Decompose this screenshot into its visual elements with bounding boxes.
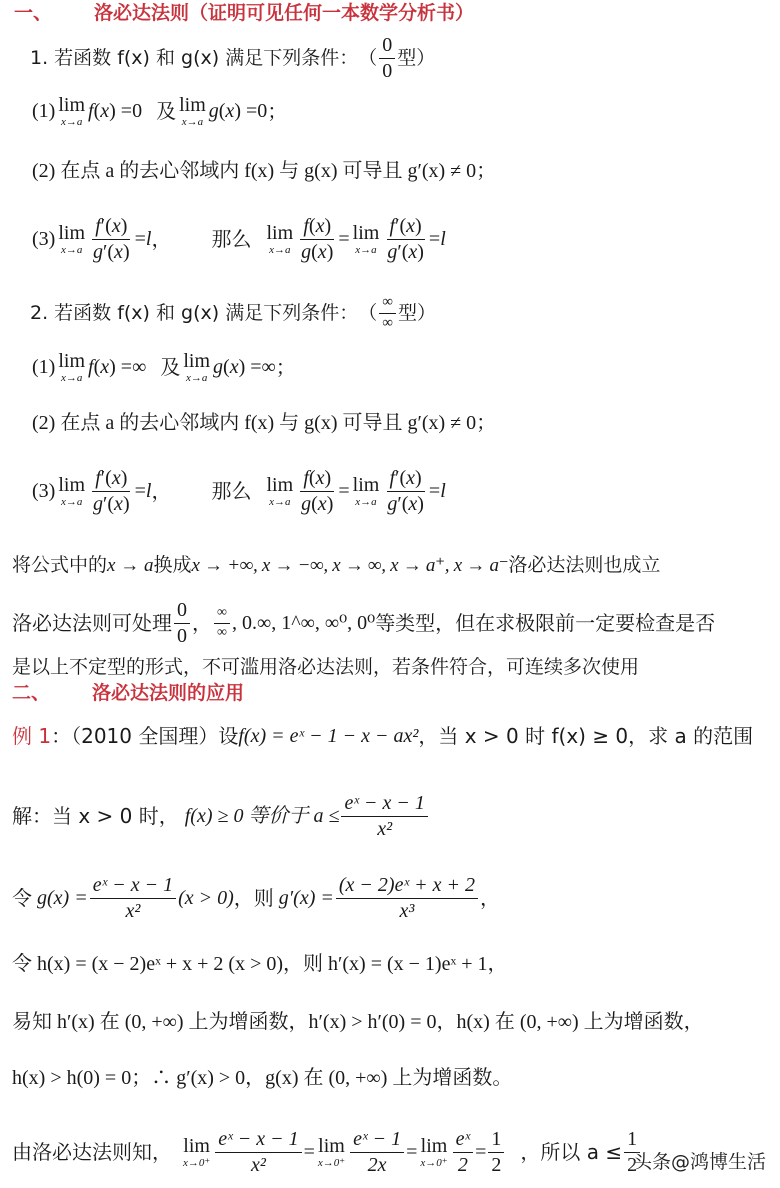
indeterminate-types: , 0.∞, 1^∞, ∞⁰, 0⁰: [232, 613, 375, 633]
limit: limx→a: [353, 475, 380, 508]
section-number: 一、: [14, 4, 52, 23]
type-suffix: 型）: [398, 304, 436, 323]
derivative-ratio: f′(x)g′(x): [384, 468, 427, 515]
condition-label: (3): [32, 229, 55, 249]
limit-subscript: x→0⁺: [420, 1158, 447, 1169]
case-intro-text: 2. 若函数 f(x) 和 g(x) 满足下列条件：: [30, 304, 358, 323]
numerator: eˣ − x − 1: [215, 1129, 301, 1153]
notes-line-1: 将公式中的 x → a 换成 x → +∞, x → −∞, x → ∞, x …: [12, 552, 660, 578]
numerator: eˣ − x − 1: [341, 793, 427, 817]
limit-subscript: x→a: [269, 497, 290, 508]
denominator: ∞: [379, 314, 396, 332]
case-2-intro: 2. 若函数 f(x) 和 g(x) 满足下列条件： （ ∞ ∞ 型）: [30, 288, 436, 338]
numerator: eˣ: [453, 1129, 474, 1153]
denominator: x²: [122, 899, 143, 922]
limit: limx→a: [266, 475, 293, 508]
zero-over-zero: 00: [174, 600, 190, 647]
math: x → a: [107, 556, 153, 575]
zero-over-zero: 0 0: [379, 35, 395, 82]
case-1-condition-2: (2) 在点 a 的去心邻域内 f(x) 与 g(x) 可导且 g′(x) ≠ …: [32, 156, 496, 186]
infinity-over-infinity: ∞∞: [214, 606, 230, 640]
fraction: eˣ − 12x: [350, 1129, 404, 1176]
solution-line-4: 易知 h′(x) 在 (0, +∞) 上为增函数，h′(x) > h′(0) =…: [12, 1008, 704, 1036]
fraction: 12: [488, 1129, 504, 1176]
numerator: 1: [488, 1129, 504, 1153]
text: 洛必达法则可处理: [12, 613, 172, 633]
fraction: (x − 2)eˣ + x + 2x³: [336, 875, 478, 922]
example-label: 例 1: [12, 726, 51, 746]
conclusion-word: 那么: [211, 481, 251, 501]
limit: limx→a: [58, 351, 85, 384]
type-suffix: 型）: [397, 49, 435, 68]
limit: limx→a: [58, 223, 85, 256]
condition-label: (1): [32, 357, 55, 377]
denominator: 2: [455, 1153, 471, 1176]
numerator: 0: [379, 35, 395, 59]
domain: (x > 0): [178, 888, 234, 908]
section-title: 洛必达法则的应用: [92, 684, 244, 703]
solution-line-6: 由洛必达法则知， limx→0⁺ eˣ − x − 1x² = limx→0⁺ …: [12, 1124, 642, 1180]
limit-subscript: x→a: [61, 373, 82, 384]
case-2-condition-1: (1) limx→a f(x) = ∞ 及 limx→a g(x) = ∞；: [32, 346, 296, 388]
solution-line-3: 令 h(x) = (x − 2)eˣ + x + 2 (x > 0)，则 h′(…: [12, 950, 508, 978]
numerator: eˣ − 1: [350, 1129, 404, 1153]
function-ratio: f(x)g(x): [298, 216, 336, 263]
text: 等类型，但在求极限前一定要检查是否: [375, 613, 715, 633]
derivative-ratio: f′(x)g′(x): [90, 468, 133, 515]
denominator: 0: [379, 59, 395, 82]
case-2-condition-3: (3) limx→a f′(x)g′(x) = l， 那么 limx→a f(x…: [32, 460, 446, 522]
denominator: x²: [248, 1153, 269, 1176]
solution-line-1: 解：当 x > 0 时， f(x) ≥ 0 等价于 a ≤ eˣ − x − 1…: [12, 788, 430, 844]
function-ratio: f(x)g(x): [298, 468, 336, 515]
watermark: 头条@鸿博生活: [633, 1147, 766, 1174]
limit-value: 0: [132, 101, 142, 121]
limit: limx→a: [179, 95, 206, 128]
fraction: eˣ − x − 1x²: [341, 793, 427, 840]
numerator: eˣ − x − 1: [90, 875, 176, 899]
section-title: 洛必达法则（证明可见任何一本数学分析书）: [94, 4, 474, 23]
solution-line-5: h(x) > h(0) = 0；∴ g′(x) > 0，g(x) 在 (0, +…: [12, 1064, 512, 1092]
text: 由洛必达法则知，: [12, 1142, 172, 1162]
limit: limx→a: [183, 351, 210, 384]
text: ，则: [234, 888, 274, 908]
limit-subscript: x→a: [61, 117, 82, 128]
limit-subscript: x→0⁺: [318, 1158, 345, 1169]
limit: limx→a: [353, 223, 380, 256]
case-intro-text: 1. 若函数 f(x) 和 g(x) 满足下列条件：: [30, 49, 358, 68]
infinity-over-infinity: ∞ ∞: [379, 295, 396, 332]
derivative-ratio: f′(x)g′(x): [90, 216, 133, 263]
derivative-ratio: f′(x)g′(x): [384, 216, 427, 263]
limit-subscript: x→a: [61, 245, 82, 256]
limit-value: 0: [257, 101, 267, 121]
denominator: 2: [488, 1153, 504, 1176]
numerator: (x − 2)eˣ + x + 2: [336, 875, 478, 899]
limit: limx→0⁺: [183, 1136, 210, 1169]
fraction: eˣ − x − 1x²: [90, 875, 176, 922]
condition-label: (3): [32, 481, 55, 501]
example-1-statement: 例 1 ：（2010 全国理）设 f(x) = eˣ − 1 − x − ax²…: [12, 722, 753, 750]
limit-subscript: x→a: [61, 497, 82, 508]
case-2-condition-2: (2) 在点 a 的去心邻域内 f(x) 与 g(x) 可导且 g′(x) ≠ …: [32, 408, 496, 438]
text: 换成: [153, 556, 191, 575]
fraction: eˣ − x − 1x²: [215, 1129, 301, 1176]
text: ，所以 a ≤: [520, 1142, 622, 1162]
case-1-condition-1: (1) limx→a f(x) = 0 及 limx→a g(x) = 0；: [32, 90, 287, 132]
section-number: 二、: [12, 684, 50, 703]
limit-value: ∞: [132, 357, 146, 377]
case-1-intro: 1. 若函数 f(x) 和 g(x) 满足下列条件： （ 0 0 型）: [30, 30, 435, 86]
math: x → +∞, x → −∞, x → ∞, x → a⁺, x → a⁻: [191, 556, 508, 575]
denominator: 2x: [365, 1153, 390, 1176]
denominator: x³: [396, 899, 417, 922]
function-definition: f(x) = eˣ − 1 − x − ax²: [238, 726, 418, 746]
limit-subscript: x→a: [182, 117, 203, 128]
condition-label: (1): [32, 101, 55, 121]
text: 将公式中的: [12, 556, 107, 575]
case-1-condition-3: (3) limx→a f′(x)g′(x) = l， 那么 limx→a f(x…: [32, 208, 446, 270]
limit-result: l: [440, 229, 446, 249]
numerator: ∞: [379, 295, 396, 314]
limit-value: ∞: [262, 357, 276, 377]
math: f(x) ≥ 0 等价于: [185, 806, 309, 826]
conclusion-word: 那么: [211, 229, 251, 249]
limit-subscript: x→0⁺: [183, 1158, 210, 1169]
limit: limx→a: [266, 223, 293, 256]
notes-line-3: 是以上不定型的形式，不可滥用洛必达法则，若条件符合，可连续多次使用: [12, 654, 639, 680]
example-source: ：（2010 全国理）设: [51, 726, 238, 746]
text: 解：当 x > 0 时，: [12, 806, 179, 826]
fraction: eˣ2: [453, 1129, 474, 1176]
denominator: x²: [374, 817, 395, 840]
limit: limx→a: [58, 95, 85, 128]
section-1-heading: 一、 洛必达法则（证明可见任何一本数学分析书）: [14, 4, 474, 23]
limit-result: l: [440, 481, 446, 501]
text: 令: [12, 888, 32, 908]
limit: limx→0⁺: [318, 1136, 345, 1169]
limit: limx→a: [58, 475, 85, 508]
limit: limx→0⁺: [420, 1136, 447, 1169]
text: 洛必达法则也成立: [508, 556, 660, 575]
solution-line-2: 令 g(x) = eˣ − x − 1x² (x > 0) ，则 g′(x) =…: [12, 870, 500, 926]
example-condition: ，当 x > 0 时 f(x) ≥ 0，求 a 的范围: [418, 726, 753, 746]
section-2-heading: 二、 洛必达法则的应用: [12, 684, 244, 703]
type-paren: （: [358, 304, 377, 323]
limit-subscript: x→a: [186, 373, 207, 384]
type-paren: （: [358, 49, 377, 68]
notes-line-2: 洛必达法则可处理 00 ， ∞∞ , 0.∞, 1^∞, ∞⁰, 0⁰ 等类型，…: [12, 596, 715, 650]
limit-subscript: x→a: [355, 497, 376, 508]
limit-subscript: x→a: [269, 245, 290, 256]
limit-subscript: x→a: [355, 245, 376, 256]
